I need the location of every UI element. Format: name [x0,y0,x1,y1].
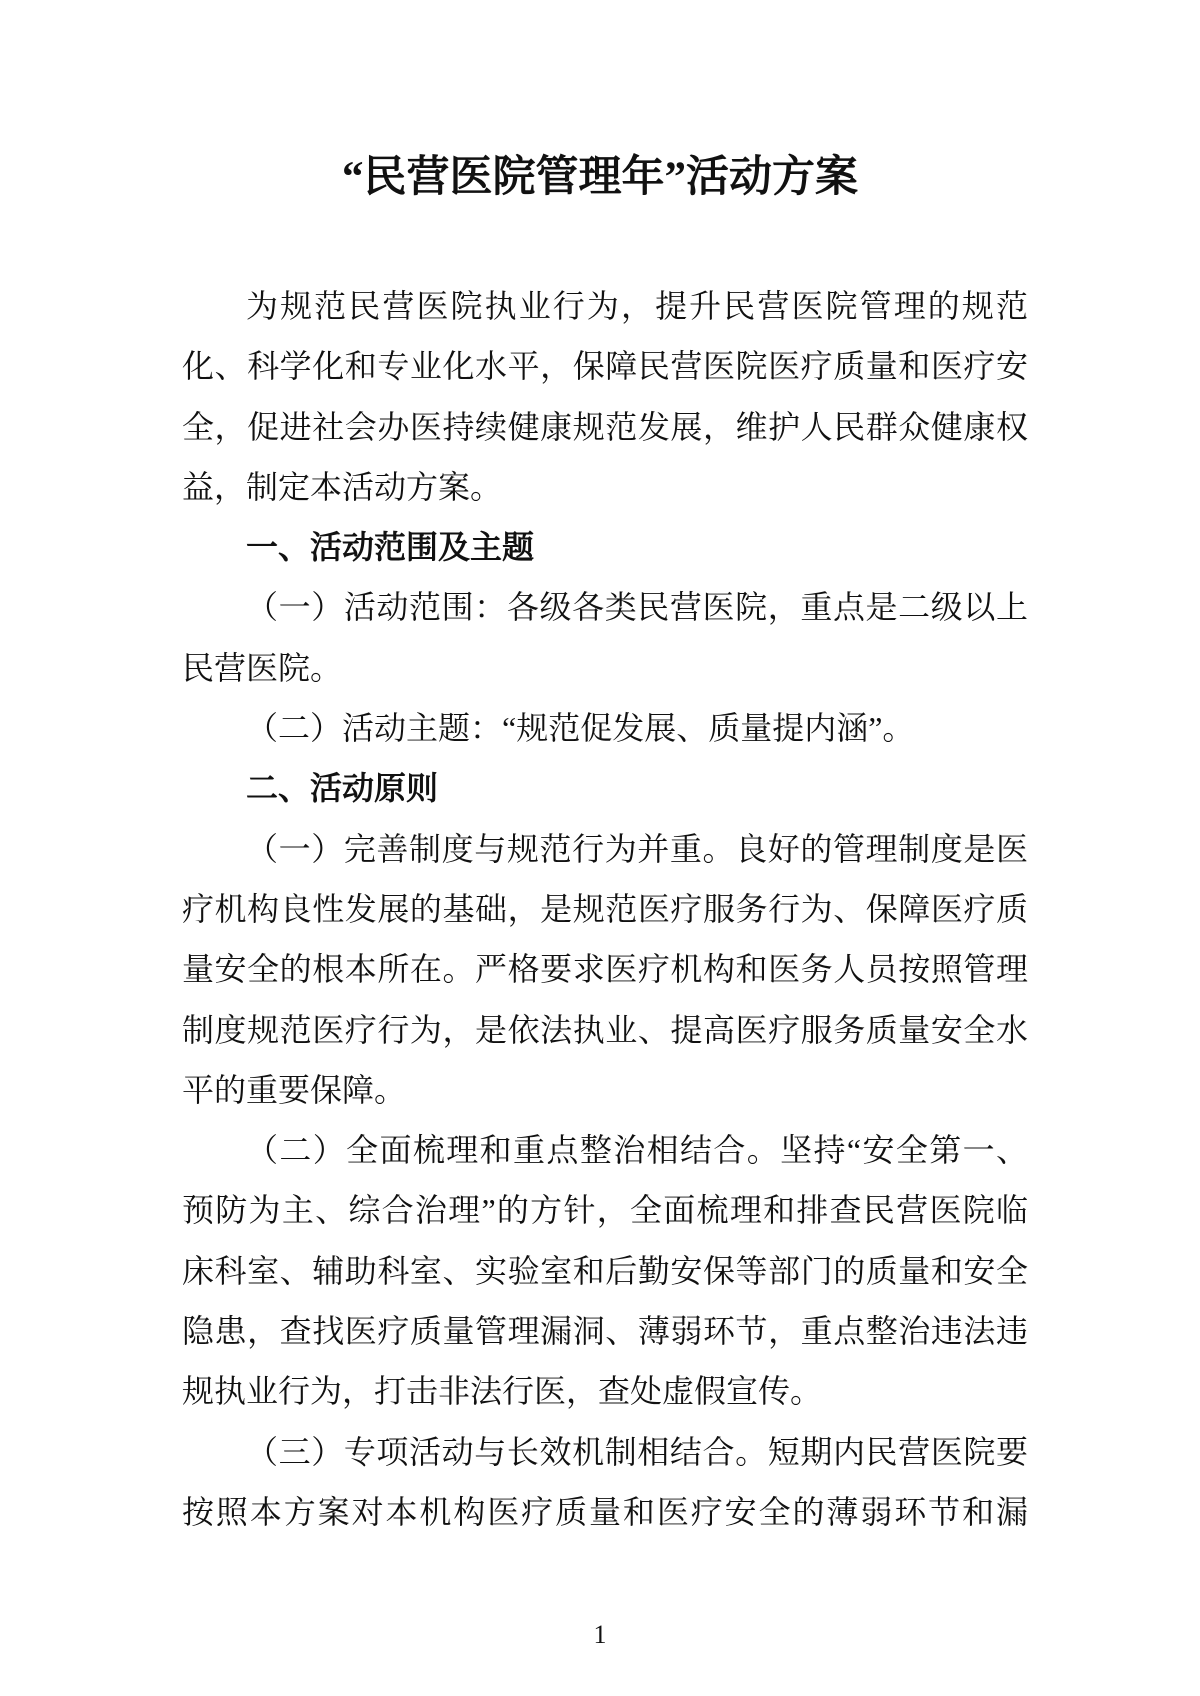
text-line: 规执业行为，打击非法行医，查处虚假宣传。 [182,1361,1028,1421]
section-heading: 一、活动范围及主题 [182,517,1028,577]
text-line: 疗机构良性发展的基础，是规范医疗服务行为、保障医疗质 [182,879,1028,939]
text-line: 益，制定本活动方案。 [182,457,1028,517]
text-line: 量安全的根本所在。严格要求医疗机构和医务人员按照管理 [182,939,1028,999]
section-heading: 二、活动原则 [182,758,1028,818]
text-line: 床科室、辅助科室、实验室和后勤安保等部门的质量和安全 [182,1241,1028,1301]
text-line: 全，促进社会办医持续健康规范发展，维护人民群众健康权 [182,397,1028,457]
page-number: 1 [0,1620,1200,1650]
text-line: 预防为主、综合治理”的方针，全面梳理和排查民营医院临 [182,1180,1028,1240]
text-line: 按照本方案对本机构医疗质量和医疗安全的薄弱环节和漏 [182,1482,1028,1542]
text-line: （一）完善制度与规范行为并重。良好的管理制度是医 [182,819,1028,879]
document-body: 为规范民营医院执业行为，提升民营医院管理的规范化、科学化和专业化水平，保障民营医… [182,276,1028,1542]
text-line: 隐患，查找医疗质量管理漏洞、薄弱环节，重点整治违法违 [182,1301,1028,1361]
document-page: “民营医院管理年”活动方案 为规范民营医院执业行为，提升民营医院管理的规范化、科… [0,0,1200,1696]
document-title: “民营医院管理年”活动方案 [0,147,1200,209]
text-line: （三）专项活动与长效机制相结合。短期内民营医院要 [182,1422,1028,1482]
text-line: （二）全面梳理和重点整治相结合。坚持“安全第一、 [182,1120,1028,1180]
text-line: 民营医院。 [182,638,1028,698]
text-line: 平的重要保障。 [182,1060,1028,1120]
text-line: 为规范民营医院执业行为，提升民营医院管理的规范 [182,276,1028,336]
text-line: 制度规范医疗行为，是依法执业、提高医疗服务质量安全水 [182,1000,1028,1060]
text-line: （二）活动主题：“规范促发展、质量提内涵”。 [182,698,1028,758]
text-line: 化、科学化和专业化水平，保障民营医院医疗质量和医疗安 [182,336,1028,396]
text-line: （一）活动范围：各级各类民营医院，重点是二级以上 [182,577,1028,637]
